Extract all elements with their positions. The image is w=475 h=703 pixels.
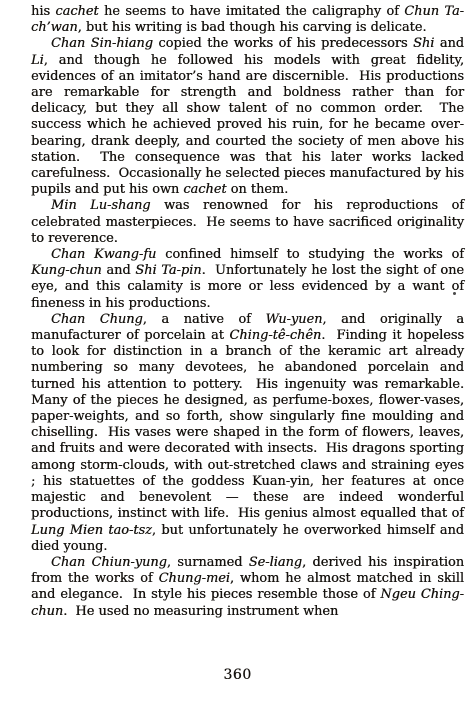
text-run: on them.: [227, 182, 289, 197]
text-run: . Finding it hopeless to look for distin…: [31, 328, 472, 521]
text-run: copied the works of his predecessors: [153, 36, 413, 51]
italic-text-run: Se-liang: [249, 555, 302, 570]
italic-text-run: Chan Sin-hiang: [51, 36, 153, 51]
ink-speck: [453, 292, 456, 295]
text-run: confined himself to studying the works o…: [156, 247, 468, 262]
italic-text-run: Lung Mien tao-tsz: [31, 523, 152, 538]
text-run: , a native of: [143, 312, 266, 327]
page-number: 360: [0, 667, 475, 683]
text-run: . He used no measuring instrument when: [63, 604, 338, 619]
text-run: , surnamed: [167, 555, 249, 570]
paragraph: Min Lu-shang was renowned for his reprod…: [31, 198, 464, 247]
italic-text-run: Chan Chung: [51, 312, 143, 327]
scanned-book-page: his cachet he seems to have imitated the…: [0, 0, 475, 703]
page-text: his cachet he seems to have imitated the…: [31, 4, 464, 620]
italic-text-run: Li: [31, 53, 44, 68]
paragraph: Chan Sin-hiang copied the works of his p…: [31, 36, 464, 198]
text-run: , but his writing is bad though his carv…: [78, 20, 427, 35]
ink-speck: [434, 56, 436, 58]
italic-text-run: Shi Ta-pin: [135, 263, 201, 278]
text-run: his: [31, 4, 55, 19]
italic-text-run: cachet: [183, 182, 226, 197]
italic-text-run: Min Lu-shang: [51, 198, 151, 213]
text-run: , and though he followed his models with…: [31, 53, 468, 198]
paragraph: Chan Chung, a native of Wu-yuen, and ori…: [31, 312, 464, 555]
text-run: and: [102, 263, 136, 278]
italic-text-run: cachet: [55, 4, 98, 19]
italic-text-run: Chan Kwang-fu: [51, 247, 156, 262]
italic-text-run: Shi: [413, 36, 434, 51]
paragraph: Chan Kwang-fu confined himself to studyi…: [31, 247, 464, 312]
italic-text-run: Chung-mei: [159, 571, 230, 586]
italic-text-run: Chan Chiun-yung: [51, 555, 167, 570]
italic-text-run: Ching-tê-chên: [229, 328, 321, 343]
text-run: and: [434, 36, 468, 51]
text-run: he seems to have imitated the caligraphy…: [99, 4, 405, 19]
paragraph: his cachet he seems to have imitated the…: [31, 4, 464, 36]
italic-text-run: Wu-yuen: [265, 312, 322, 327]
italic-text-run: Kung-chun: [31, 263, 102, 278]
paragraph: Chan Chiun-yung, surnamed Se-liang, deri…: [31, 555, 464, 620]
